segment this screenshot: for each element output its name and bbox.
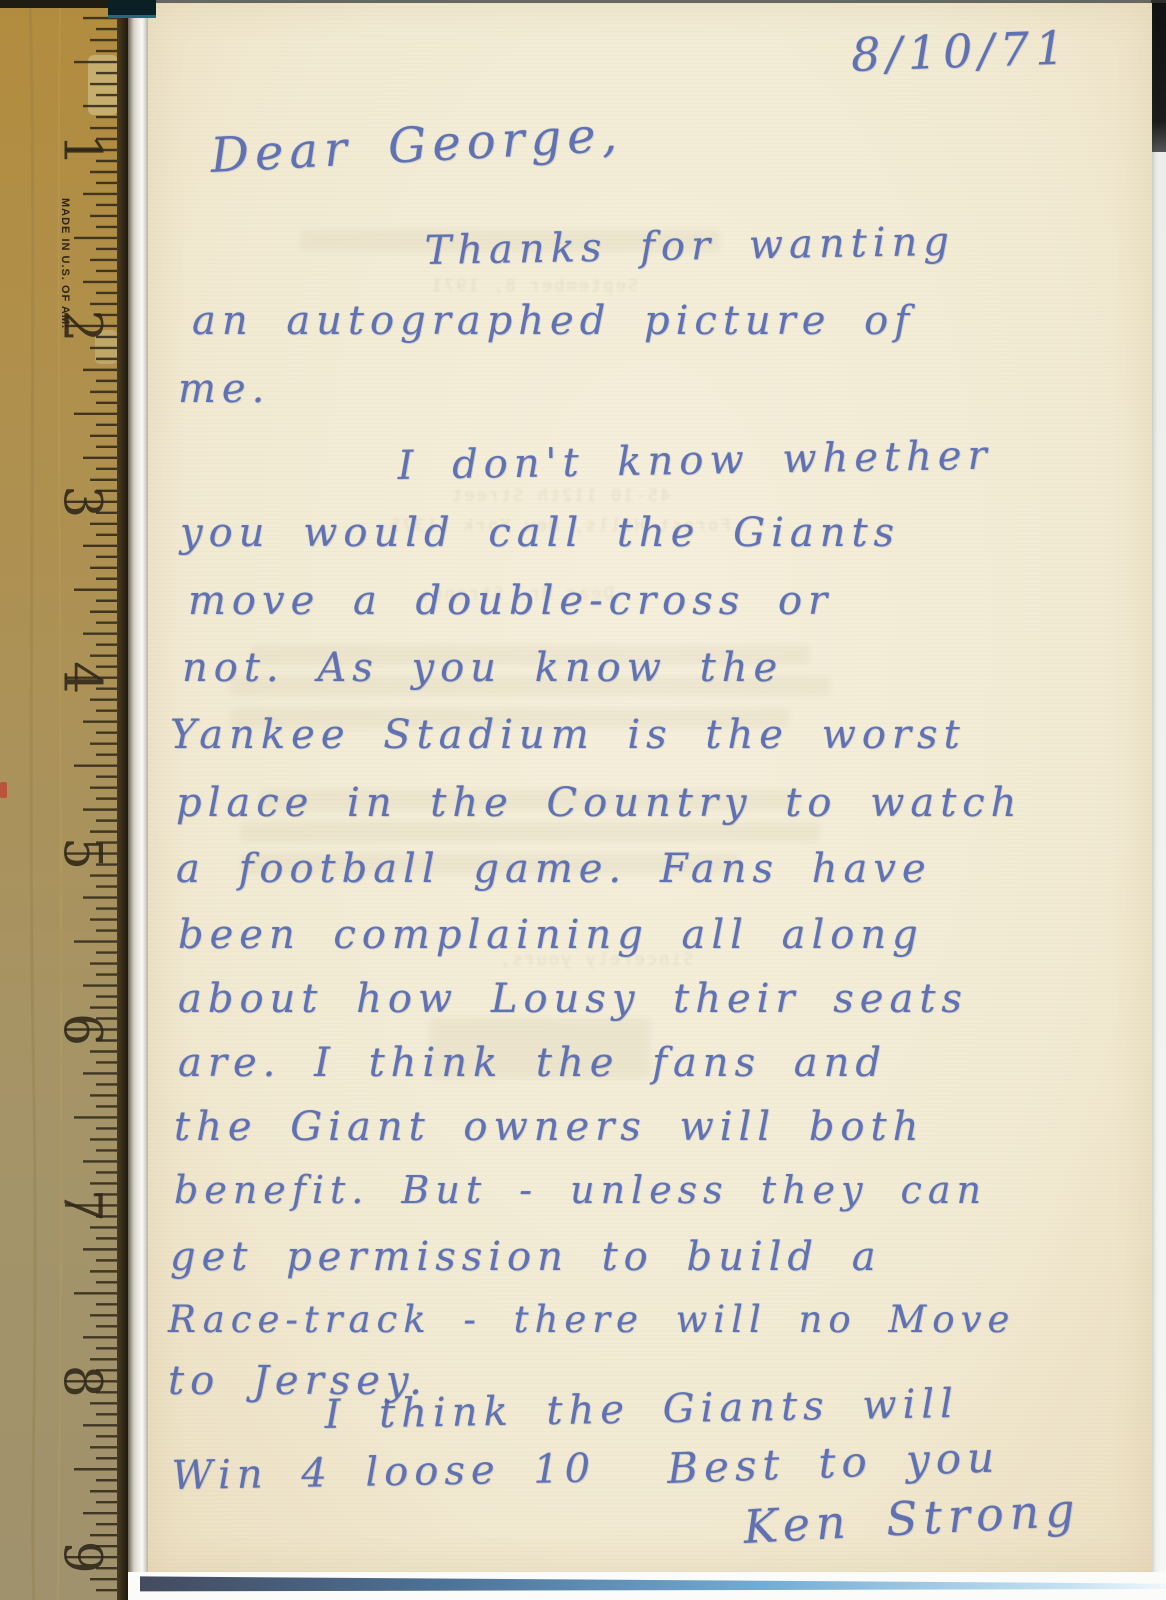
scan-gap xyxy=(128,0,148,1600)
handwriting-line: Yankee Stadium is the worst xyxy=(170,712,966,758)
handwriting-line: an autographed picture of xyxy=(192,298,915,344)
handwriting-line: been complaining all along xyxy=(178,912,924,958)
letter-date: 8/10/71 xyxy=(850,20,1071,82)
ghost-typed-line: 45-10 112th Street xyxy=(450,486,670,506)
handwriting-line: me. xyxy=(178,366,270,412)
ruler-inch-number: 4 xyxy=(52,661,112,694)
ruler-made-in-text: MADE IN U.S. OF AM. xyxy=(59,198,71,329)
handwriting-line: Race-track - there will no Move xyxy=(168,1298,1015,1341)
handwriting-line: I don't know whether xyxy=(397,433,993,489)
closing-line: Best to you xyxy=(666,1432,1001,1493)
scanned-letter-page: { "letter": { "date": "8/10/71", "signat… xyxy=(0,0,1166,1600)
ruler-inch-number: 8 xyxy=(52,1365,112,1398)
handwriting-line: place in the Country to watch xyxy=(176,780,1022,826)
ruler-inch-number: 6 xyxy=(52,1013,112,1046)
handwriting-line: are. I think the fans and xyxy=(178,1040,887,1086)
ruler-inch-number: 1 xyxy=(52,133,112,166)
scan-black-edge xyxy=(1151,0,1166,152)
handwriting-line: move a double-cross or xyxy=(188,578,833,624)
ruler-inch-number: 9 xyxy=(52,1541,112,1574)
wooden-ruler: 123456789 MADE IN U.S. OF AM. xyxy=(0,0,128,1600)
handwriting-line: not. As you know the xyxy=(182,645,783,691)
ruler-inch-number: 3 xyxy=(52,485,112,518)
handwriting-line: get permission to build a xyxy=(170,1234,882,1280)
letter-paper: September 8, 197145-10 112th StreetFores… xyxy=(148,3,1152,1573)
ruler-inch-number: 5 xyxy=(52,837,112,870)
handwriting-line: about how Lousy their seats xyxy=(178,976,968,1022)
ruler-graphic: 123456789 MADE IN U.S. OF AM. xyxy=(0,0,128,1600)
red-smudge xyxy=(0,782,7,798)
handwriting-line: Thanks for wanting xyxy=(424,219,955,274)
scan-top-edge xyxy=(146,0,1166,3)
handwriting-line: I think the Giants will xyxy=(324,1381,959,1438)
handwriting-line: you would call the Giants xyxy=(180,510,900,556)
ruler-inch-number: 7 xyxy=(52,1189,112,1222)
ghost-typed-line: September 8, 1971 xyxy=(430,276,638,296)
handwriting-line: a football game. Fans have xyxy=(176,846,932,892)
handwriting-line: benefit. But - unless they can xyxy=(174,1168,987,1212)
ruler-edge xyxy=(117,0,128,1600)
scan-corner-artifact xyxy=(108,0,156,18)
signature-line: Ken Strong xyxy=(742,1482,1082,1554)
handwriting-line: the Giant owners will both xyxy=(174,1104,924,1150)
salutation-line: Dear George, xyxy=(209,106,624,184)
handwriting-line: Win 4 loose 10 xyxy=(171,1446,596,1499)
